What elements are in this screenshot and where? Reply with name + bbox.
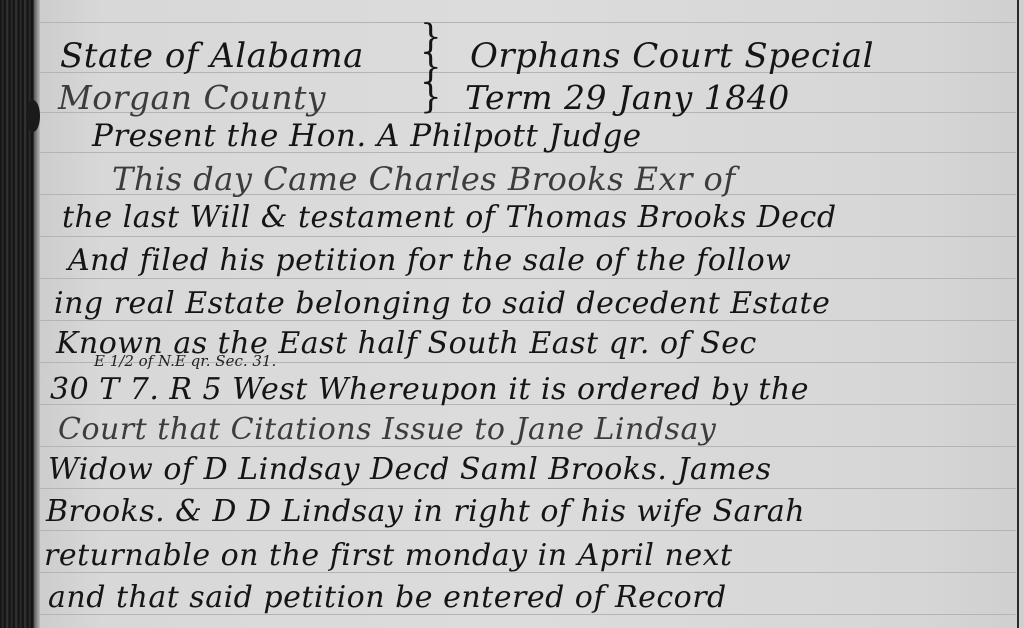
ruled-line — [40, 236, 1016, 237]
record-line-12: and that said petition be entered of Rec… — [48, 580, 727, 615]
interlinear-legal-description: E 1/2 of N.E qr. Sec. 31. — [94, 352, 276, 370]
ruled-line — [40, 488, 1016, 489]
record-line-8: Court that Citations Issue to Jane Linds… — [58, 412, 716, 447]
document-page: State of Alabama Morgan County }}} Orpha… — [0, 0, 1024, 628]
record-line-2: This day Came Charles Brooks Exr of — [112, 160, 736, 198]
header-brace: }}} — [420, 22, 442, 112]
record-line-5: ing real Estate belonging to said decede… — [54, 286, 830, 321]
header-term-date: Term 29 Jany 1840 — [465, 78, 790, 117]
record-line-3: the last Will & testament of Thomas Broo… — [62, 200, 837, 235]
book-binding — [0, 0, 34, 628]
record-line-1: Present the Hon. A Philpott Judge — [92, 118, 642, 154]
record-line-11: returnable on the first monday in April … — [44, 538, 733, 573]
margin-rule — [1017, 0, 1019, 628]
header-court: Orphans Court Special — [470, 36, 874, 76]
header-county: Morgan County — [58, 78, 326, 117]
record-line-7: 30 T 7. R 5 West Whereupon it is ordered… — [50, 372, 809, 407]
ink-blot — [26, 100, 40, 132]
record-line-10: Brooks. & D D Lindsay in right of his wi… — [46, 494, 805, 529]
ruled-line — [40, 22, 1016, 23]
header-state: State of Alabama — [60, 36, 364, 76]
binding-shadow — [34, 0, 40, 628]
record-line-4: And filed his petition for the sale of t… — [68, 243, 791, 278]
record-line-9: Widow of D Lindsay Decd Saml Brooks. Jam… — [48, 452, 772, 487]
ruled-line — [40, 530, 1016, 531]
ruled-line — [40, 278, 1016, 279]
